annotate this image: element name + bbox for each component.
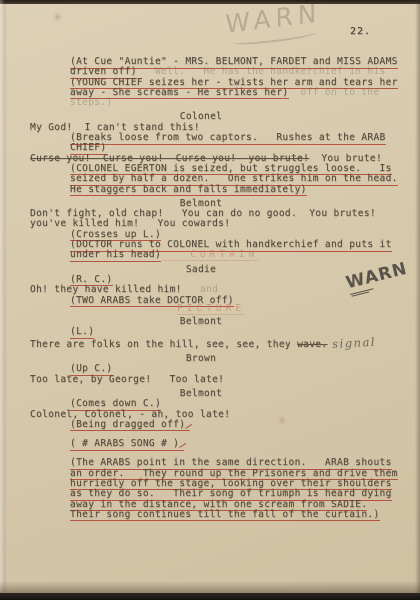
ghost-text: Well. He has the handkerchief in his [137, 66, 386, 77]
typed-text: Sadie [186, 264, 216, 275]
scan-edge-bottom [0, 593, 420, 600]
ghost-text: and [182, 284, 218, 295]
stage-direction-line: PICTURE [177, 304, 402, 314]
underlined-direction-text: Their song continues till the fall of th… [70, 509, 380, 522]
page-number: 22. [350, 26, 371, 37]
paper-stain [55, 15, 60, 19]
ghost-text: steps.) [70, 97, 113, 108]
stage-direction-line: under his head) CURTAIN [70, 250, 402, 260]
typed-text: Colonel, Colonel, - ah, too late! [30, 409, 230, 420]
typed-text: Brown [186, 353, 216, 364]
stage-direction-line: He staggers back and falls immediately) [70, 185, 402, 195]
faded-red-text: PICTURE [177, 303, 245, 315]
typed-text: There are folks on the hill, see, see, t… [30, 339, 297, 350]
typed-text: Too late, by George! Too late! [30, 374, 224, 385]
scan-edge-right [415, 0, 420, 600]
warn-annotation-top: WARN [225, 0, 355, 48]
underlined-direction-text: (Breaks loose from two captors. Rushes a… [70, 132, 386, 145]
underlined-direction-text: He staggers back and falls immediately) [70, 184, 307, 197]
scanned-script-page: { "page": { "number": "22." }, "annotati… [0, 0, 420, 600]
typed-text: Belmont [180, 388, 223, 399]
stage-direction-line: ( # ARABS SONG # ) [70, 439, 402, 449]
dialogue-line: Too late, by George! Too late! [30, 375, 402, 385]
stage-direction-line: away - She screams - He strikes her) off… [70, 88, 402, 98]
underlined-direction-text: (Being dragged off) [70, 419, 190, 432]
struck-text: wave. [297, 339, 327, 350]
scan-edge-top [0, 0, 420, 4]
stage-direction-line: steps.) [70, 98, 402, 108]
stage-direction-line: (Breaks loose from two captors. Rushes a… [70, 133, 402, 143]
ghost-text: off on to the [289, 87, 380, 98]
dialogue-line: There are folks on the hill, see, see, t… [30, 338, 402, 350]
underlined-direction-text: ( # ARABS SONG # ) [70, 438, 184, 451]
stage-direction-line: (Being dragged off) [70, 420, 402, 430]
page-curl-shadow [0, 581, 420, 593]
typed-text: Oh! they have killed him! [30, 284, 182, 295]
underlined-direction-text: under his head) [70, 249, 161, 262]
stage-direction-line: Their song continues till the fall of th… [70, 510, 402, 520]
dialogue-line: Oh! they have killed him! and [30, 285, 402, 295]
handwritten-word: signal [327, 336, 377, 349]
typed-text: Belmont [180, 316, 223, 327]
faded-red-text: CURTAIN [161, 249, 258, 261]
script-body: (At Cue "Auntie" - MRS. BELMONT, FARDET … [30, 57, 402, 520]
scan-edge-left [0, 0, 7, 600]
typed-text: you've killed him! You cowards! [30, 218, 230, 229]
